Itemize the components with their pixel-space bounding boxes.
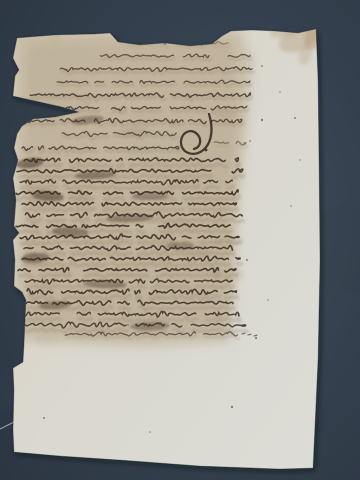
manuscript-photo xyxy=(0,0,360,480)
paper-sheet xyxy=(0,21,323,469)
manuscript-scene xyxy=(0,0,360,480)
trailing-pen-mark xyxy=(254,335,257,336)
trailing-pen-mark xyxy=(242,333,245,334)
trailing-pen-mark xyxy=(248,334,251,335)
